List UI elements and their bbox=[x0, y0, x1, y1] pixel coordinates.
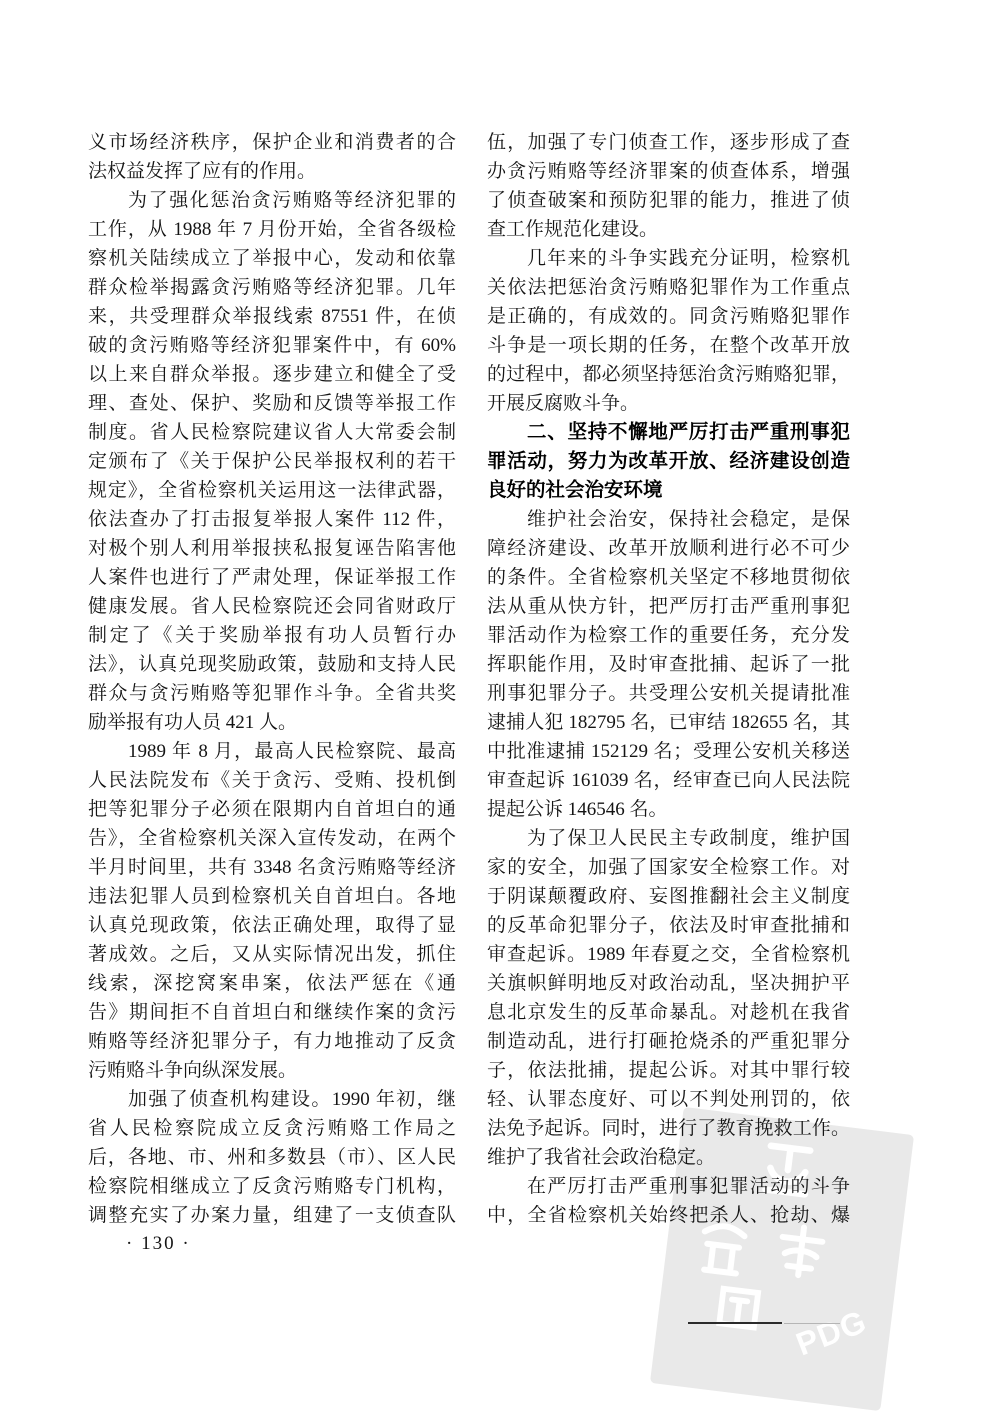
text-line: 子，依法批捕，提起公诉。对其中罪行较 bbox=[487, 1056, 850, 1085]
text-line: 制造动乱，进行打砸抢烧杀的严重犯罪分 bbox=[487, 1027, 850, 1056]
scan-artifact-line bbox=[784, 1323, 840, 1324]
text-line: 息北京发生的反革命暴乱。对趁机在我省 bbox=[487, 998, 850, 1027]
text-line: 告》，全省检察机关深入宣传发动，在两个 bbox=[88, 824, 456, 853]
text-line: 省人民检察院成立反贪污贿赂工作局之 bbox=[88, 1114, 456, 1143]
text-line: 群众与贪污贿赂等犯罪作斗争。全省共奖 bbox=[88, 679, 456, 708]
text-line: 制定了《关于奖励举报有功人员暂行办 bbox=[88, 621, 456, 650]
text-line: 提起公诉 146546 名。 bbox=[487, 795, 850, 824]
text-line: 的反革命犯罪分子，依法及时审查批捕和 bbox=[487, 911, 850, 940]
text-line: 告》期间拒不自首坦白和继续作案的贪污 bbox=[88, 998, 456, 1027]
text-line: 规定》，全省检察机关运用这一法律武器， bbox=[88, 476, 456, 505]
text-line: 调整充实了办案力量，组建了一支侦查队 bbox=[88, 1201, 456, 1230]
text-line: 污贿赂斗争向纵深发展。 bbox=[88, 1056, 456, 1085]
text-line: 线索，深挖窝案串案，依法严惩在《通 bbox=[88, 969, 456, 998]
text-line: 查工作规范化建设。 bbox=[487, 215, 850, 244]
text-line: 励举报有功人员 421 人。 bbox=[88, 708, 456, 737]
text-line: 挥职能作用，及时审查批捕、起诉了一批 bbox=[487, 650, 850, 679]
scan-artifact-line bbox=[688, 1322, 782, 1324]
text-line: 法权益发挥了应有的作用。 bbox=[88, 157, 456, 186]
text-line: 审查起诉。1989 年春夏之交，全省检察机 bbox=[487, 940, 850, 969]
seal-glyph-icon bbox=[706, 1274, 771, 1343]
text-line: 贿赂等经济犯罪分子，有力地推动了反贪 bbox=[88, 1027, 456, 1056]
text-line: 家的安全，加强了国家安全检察工作。对 bbox=[487, 853, 850, 882]
text-line: 理、查处、保护、奖励和反馈等举报工作 bbox=[88, 389, 456, 418]
text-line: 开展反腐败斗争。 bbox=[487, 389, 850, 418]
text-line: 来，共受理群众举报线索 87551 件，在侦 bbox=[88, 302, 456, 331]
text-line: 破的贪污贿赂等经济犯罪案件中，有 60% bbox=[88, 331, 456, 360]
pdg-watermark-label: PDG bbox=[791, 1303, 872, 1363]
text-line: 健康发展。省人民检察院还会同省财政厅 bbox=[88, 592, 456, 621]
text-line: 加强了侦查机构建设。1990 年初，继 bbox=[88, 1085, 456, 1114]
text-line: 定颁布了《关于保护公民举报权利的若干 bbox=[88, 447, 456, 476]
text-line: 义市场经济秩序，保护企业和消费者的合 bbox=[88, 128, 456, 157]
right-text-column: 伍，加强了专门侦查工作，逐步形成了查办贪污贿赂等经济罪案的侦查体系，增强了侦查破… bbox=[487, 128, 850, 1230]
text-line: 著成效。之后，又从实际情况出发，抓住 bbox=[88, 940, 456, 969]
text-line: 违法犯罪人员到检察机关自首坦白。各地 bbox=[88, 882, 456, 911]
text-line: 人案件也进行了严肃处理，保证举报工作 bbox=[88, 563, 456, 592]
text-line: 关旗帜鲜明地反对政治动乱，坚决拥护平 bbox=[487, 969, 850, 998]
text-line: 法从重从快方针，把严厉打击严重刑事犯 bbox=[487, 592, 850, 621]
text-line: 工作，从 1988 年 7 月份开始，全省各级检 bbox=[88, 215, 456, 244]
text-line: 法》，认真兑现奖励政策，鼓励和支持人民 bbox=[88, 650, 456, 679]
text-line: 刑事犯罪分子。共受理公安机关提请批准 bbox=[487, 679, 850, 708]
text-line: 障经济建设、改革开放顺利进行必不可少 bbox=[487, 534, 850, 563]
text-line: 的过程中，都必须坚持惩治贪污贿赂犯罪， bbox=[487, 360, 850, 389]
text-line: 后，各地、市、州和多数县（市）、区人民 bbox=[88, 1143, 456, 1172]
text-line: 依法查办了打击报复举报人案件 112 件， bbox=[88, 505, 456, 534]
text-line: 维护社会治安，保持社会稳定，是保 bbox=[487, 505, 850, 534]
text-line: 于阴谋颠覆政府、妄图推翻社会主义制度 bbox=[487, 882, 850, 911]
text-line: 1989 年 8 月，最高人民检察院、最高 bbox=[88, 737, 456, 766]
text-line: 半月时间里，共有 3348 名贪污贿赂等经济 bbox=[88, 853, 456, 882]
text-line: 罪活动作为检察工作的重要任务，充分发 bbox=[487, 621, 850, 650]
text-line: 中，全省检察机关始终把杀人、抢劫、爆 bbox=[487, 1201, 850, 1230]
text-line: 办贪污贿赂等经济罪案的侦查体系，增强 bbox=[487, 157, 850, 186]
text-line: 法免予起诉。同时，进行了教育挽救工作。 bbox=[487, 1114, 850, 1143]
text-line: 罪活动，努力为改革开放、经济建设创造 bbox=[487, 447, 850, 476]
text-line: 把等犯罪分子必须在限期内自首坦白的通 bbox=[88, 795, 456, 824]
text-line: 对极个别人利用举报挟私报复诬告陷害他 bbox=[88, 534, 456, 563]
text-line: 检察院相继成立了反贪污贿赂专门机构， bbox=[88, 1172, 456, 1201]
text-line: 维护了我省社会政治稳定。 bbox=[487, 1143, 850, 1172]
text-line: 关依法把惩治贪污贿赂犯罪作为工作重点 bbox=[487, 273, 850, 302]
text-line: 察机关陆续成立了举报中心，发动和依靠 bbox=[88, 244, 456, 273]
text-line: 二、坚持不懈地严厉打击严重刑事犯 bbox=[487, 418, 850, 447]
scanned-page: PDG 义市场经济秩序，保护企业和消费者的合法权益发挥了应有的作用。为了强化惩治… bbox=[0, 0, 992, 1420]
text-line: 良好的社会治安环境 bbox=[487, 476, 850, 505]
text-line: 斗争是一项长期的任务，在整个改革开放 bbox=[487, 331, 850, 360]
text-line: 逮捕人犯 182795 名，已审结 182655 名，其 bbox=[487, 708, 850, 737]
text-line: 认真兑现政策，依法正确处理，取得了显 bbox=[88, 911, 456, 940]
text-line: 几年来的斗争实践充分证明，检察机 bbox=[487, 244, 850, 273]
text-line: 群众检举揭露贪污贿赂等经济犯罪。几年 bbox=[88, 273, 456, 302]
text-line: 轻、认罪态度好、可以不判处刑罚的，依 bbox=[487, 1085, 850, 1114]
text-line: 的条件。全省检察机关坚定不移地贯彻依 bbox=[487, 563, 850, 592]
text-line: 中批准逮捕 152129 名；受理公安机关移送 bbox=[487, 737, 850, 766]
text-line: 以上来自群众举报。逐步建立和健全了受 bbox=[88, 360, 456, 389]
page-number: · 130 · bbox=[126, 1233, 191, 1255]
left-text-column: 义市场经济秩序，保护企业和消费者的合法权益发挥了应有的作用。为了强化惩治贪污贿赂… bbox=[88, 128, 456, 1230]
text-line: 为了保卫人民民主专政制度，维护国 bbox=[487, 824, 850, 853]
text-line: 人民法院发布《关于贪污、受贿、投机倒 bbox=[88, 766, 456, 795]
text-line: 制度。省人民检察院建议省人大常委会制 bbox=[88, 418, 456, 447]
text-line: 了侦查破案和预防犯罪的能力，推进了侦 bbox=[487, 186, 850, 215]
text-line: 伍，加强了专门侦查工作，逐步形成了查 bbox=[487, 128, 850, 157]
text-line: 在严厉打击严重刑事犯罪活动的斗争 bbox=[487, 1172, 850, 1201]
text-line: 为了强化惩治贪污贿赂等经济犯罪的 bbox=[88, 186, 456, 215]
text-line: 审查起诉 161039 名，经审查已向人民法院 bbox=[487, 766, 850, 795]
text-line: 是正确的，有成效的。同贪污贿赂犯罪作 bbox=[487, 302, 850, 331]
